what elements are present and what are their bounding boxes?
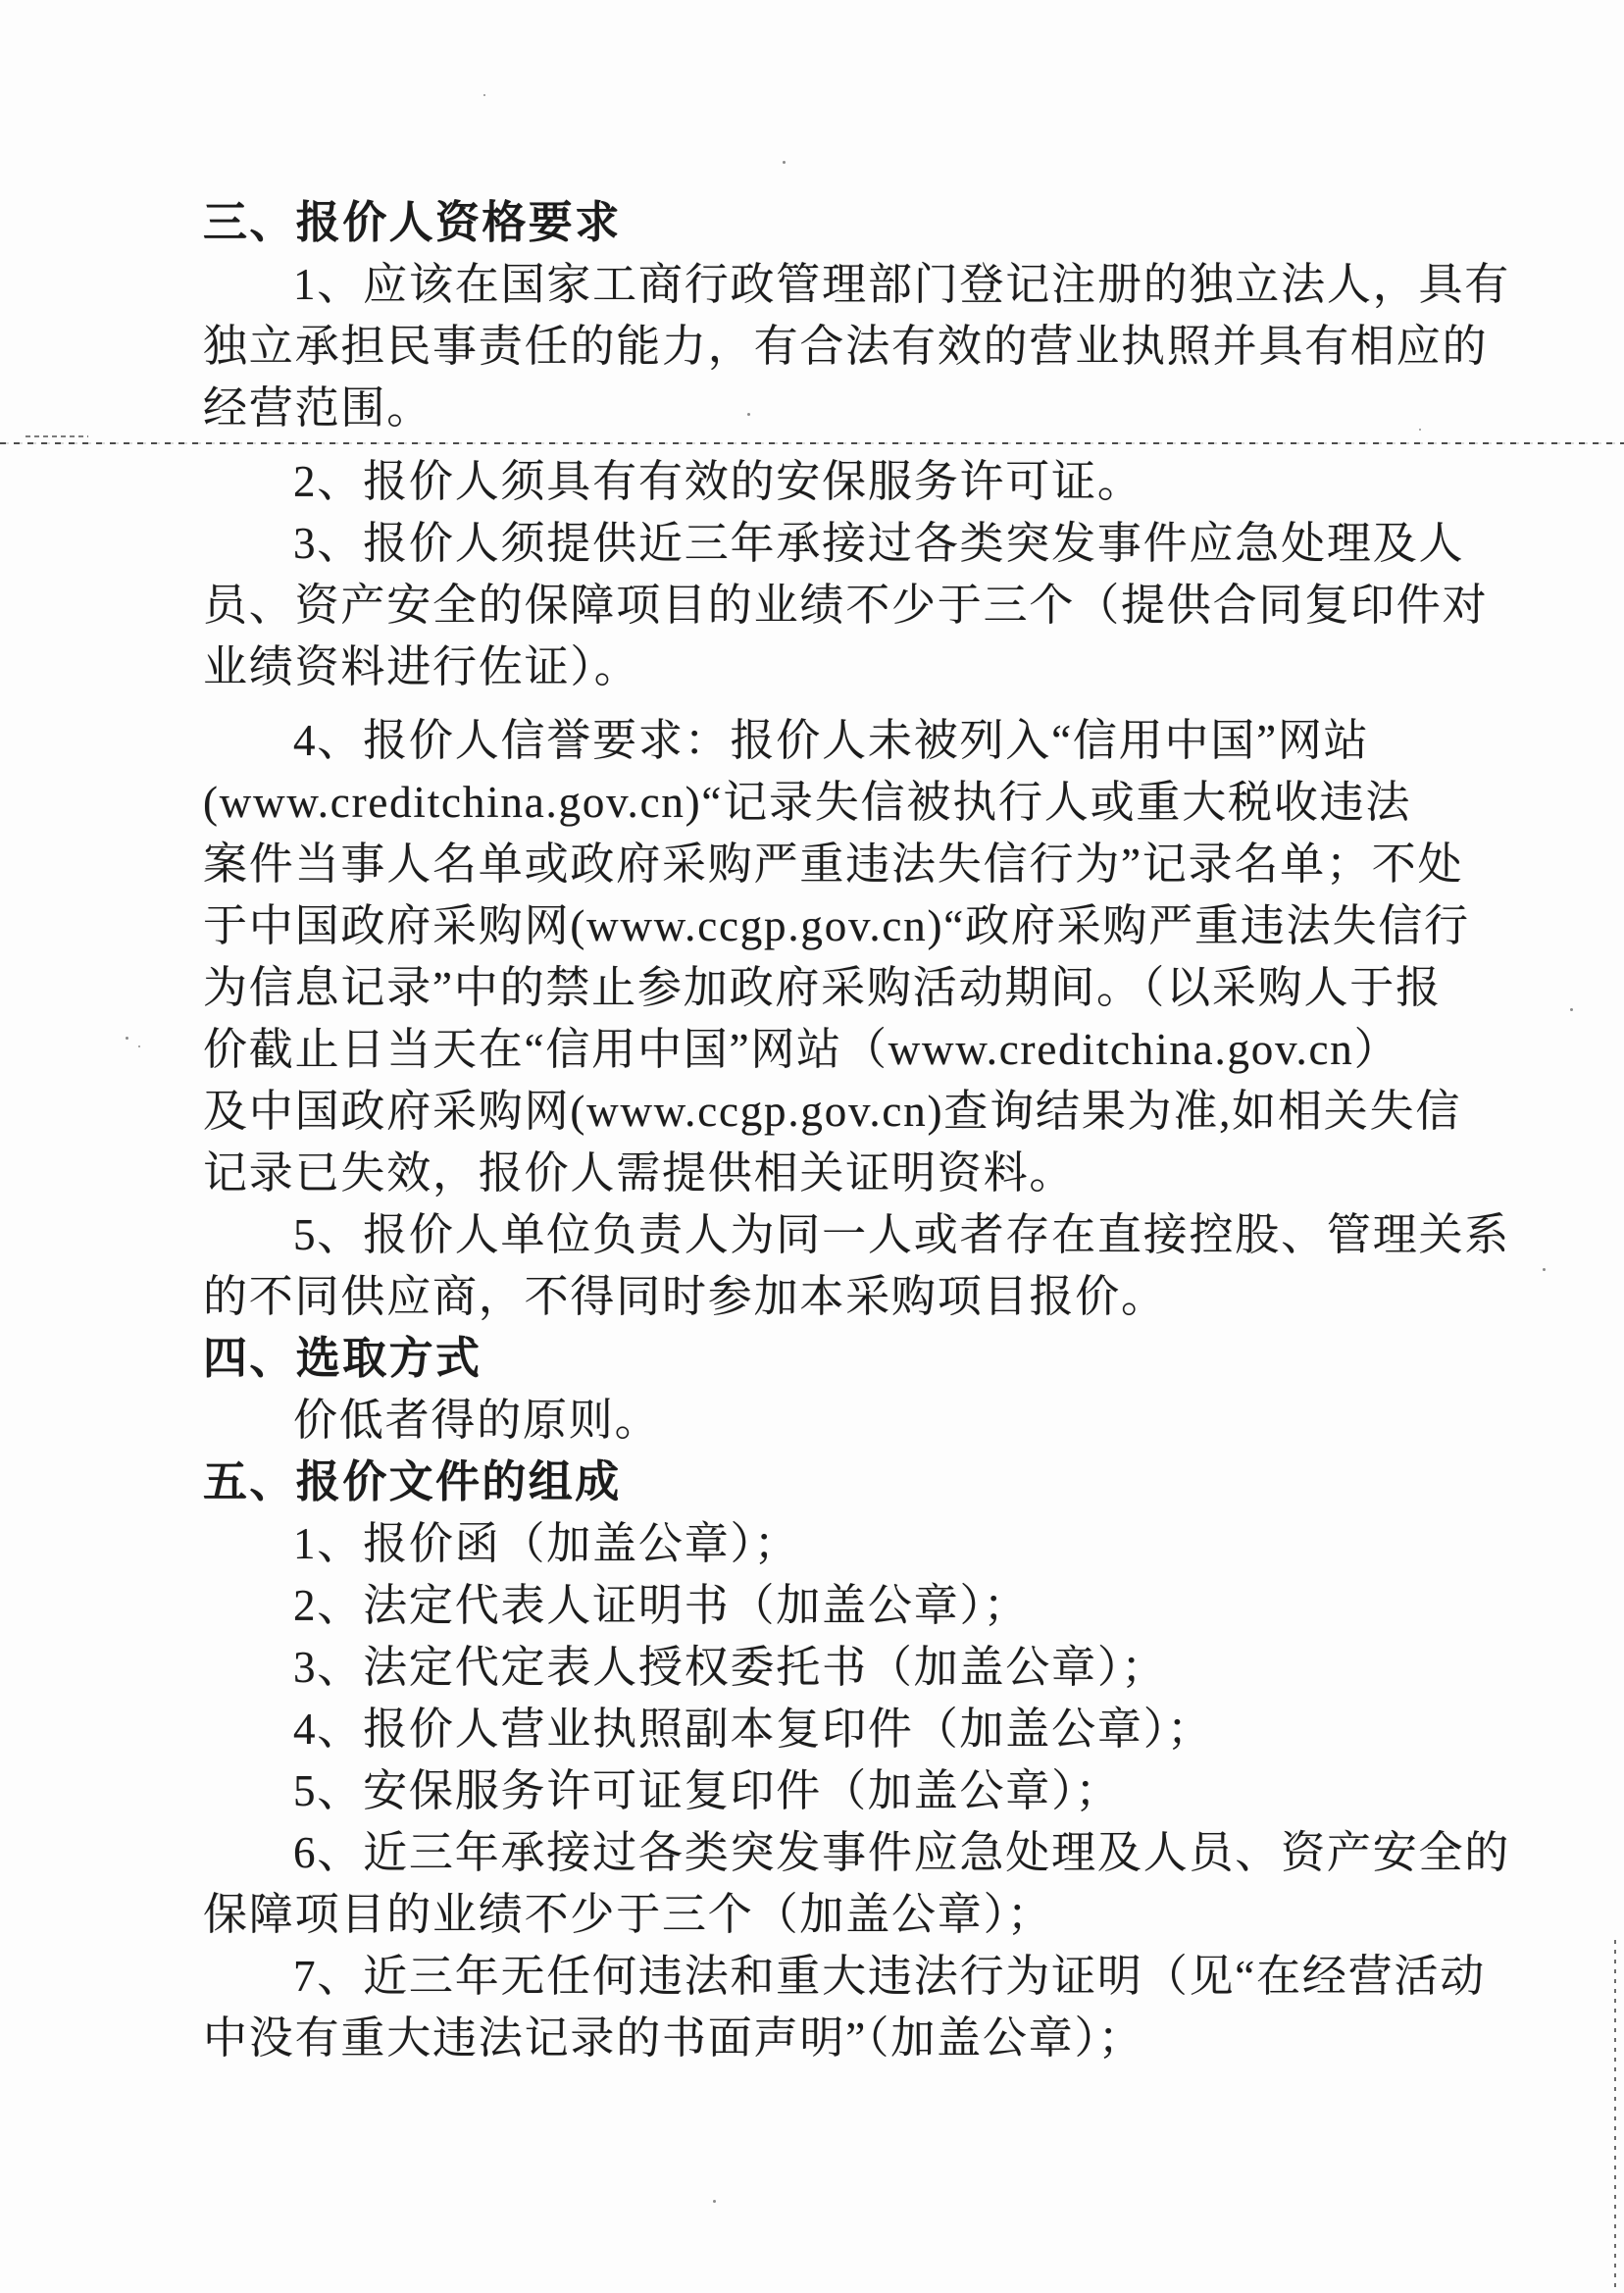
text-line: 及中国政府采购网(www.ccgp.gov.cn)查询结果为准,如相关失信 (203, 1081, 1458, 1143)
text-line: 4、报价人营业执照副本复印件（加盖公章）； (203, 1699, 1458, 1760)
text-line: 中没有重大违法记录的书面声明”（加盖公章）； (203, 2008, 1458, 2069)
scan-fold-tick (25, 435, 88, 437)
text-line: 3、报价人须提供近三年承接过各类突发事件应急处理及人 (203, 513, 1458, 575)
text-line: 5、报价人单位负责人为同一人或者存在直接控股、管理关系 (203, 1204, 1458, 1266)
section-heading: 五、报价文件的组成 (203, 1452, 1458, 1513)
text-line: 独立承担民事责任的能力，有合法有效的营业执照并具有相应的 (203, 316, 1458, 378)
scan-edge-dots (1614, 1940, 1616, 2293)
scan-speckle (138, 1045, 140, 1047)
document-page: 三、报价人资格要求1、应该在国家工商行政管理部门登记注册的独立法人，具有独立承担… (0, 0, 1624, 2293)
text-line: 2、法定代表人证明书（加盖公章）； (203, 1575, 1458, 1637)
text-line: 6、近三年承接过各类突发事件应急处理及人员、资产安全的 (203, 1822, 1458, 1884)
section-heading: 三、报价人资格要求 (203, 192, 1458, 254)
text-line: 的不同供应商，不得同时参加本采购项目报价。 (203, 1266, 1458, 1328)
text-line: 4、报价人信誉要求：报价人未被列入“信用中国”网站 (203, 710, 1458, 772)
text-content: 三、报价人资格要求1、应该在国家工商行政管理部门登记注册的独立法人，具有独立承担… (203, 192, 1458, 2069)
scan-speckle (783, 161, 786, 164)
scan-speckle (483, 94, 485, 96)
text-line: 经营范围。 (203, 378, 1458, 439)
text-line: 1、应该在国家工商行政管理部门登记注册的独立法人，具有 (203, 254, 1458, 316)
text-line: 业绩资料进行佐证）。 (203, 637, 1458, 698)
text-line: (www.creditchina.gov.cn)“记录失信被执行人或重大税收违法 (203, 772, 1458, 834)
section-heading: 四、选取方式 (203, 1328, 1458, 1390)
text-line: 记录已失效，报价人需提供相关证明资料。 (203, 1143, 1458, 1204)
text-line: 为信息记录”中的禁止参加政府采购活动期间。（以采购人于报 (203, 957, 1458, 1019)
scan-speckle (1543, 1268, 1546, 1271)
scan-speckle (713, 2200, 716, 2203)
text-line: 于中国政府采购网(www.ccgp.gov.cn)“政府采购严重违法失信行 (203, 895, 1458, 957)
text-line: 员、资产安全的保障项目的业绩不少于三个（提供合同复印件对 (203, 575, 1458, 637)
text-line: 价截止日当天在“信用中国”网站（www.creditchina.gov.cn） (203, 1019, 1458, 1081)
text-line: 案件当事人名单或政府采购严重违法失信行为”记录名单；不处 (203, 834, 1458, 895)
text-line: 7、近三年无任何违法和重大违法行为证明（见“在经营活动 (203, 1946, 1458, 2008)
text-line: 价低者得的原则。 (203, 1390, 1458, 1452)
text-line: 2、报价人须具有有效的安保服务许可证。 (203, 451, 1458, 513)
text-line: 3、法定代定表人授权委托书（加盖公章）； (203, 1637, 1458, 1699)
text-line: 保障项目的业绩不少于三个（加盖公章）； (203, 1884, 1458, 1946)
text-line: 5、安保服务许可证复印件（加盖公章）； (203, 1760, 1458, 1822)
text-line: 1、报价函（加盖公章）； (203, 1513, 1458, 1575)
scan-speckle (1570, 1008, 1573, 1011)
scan-speckle (126, 1037, 128, 1040)
